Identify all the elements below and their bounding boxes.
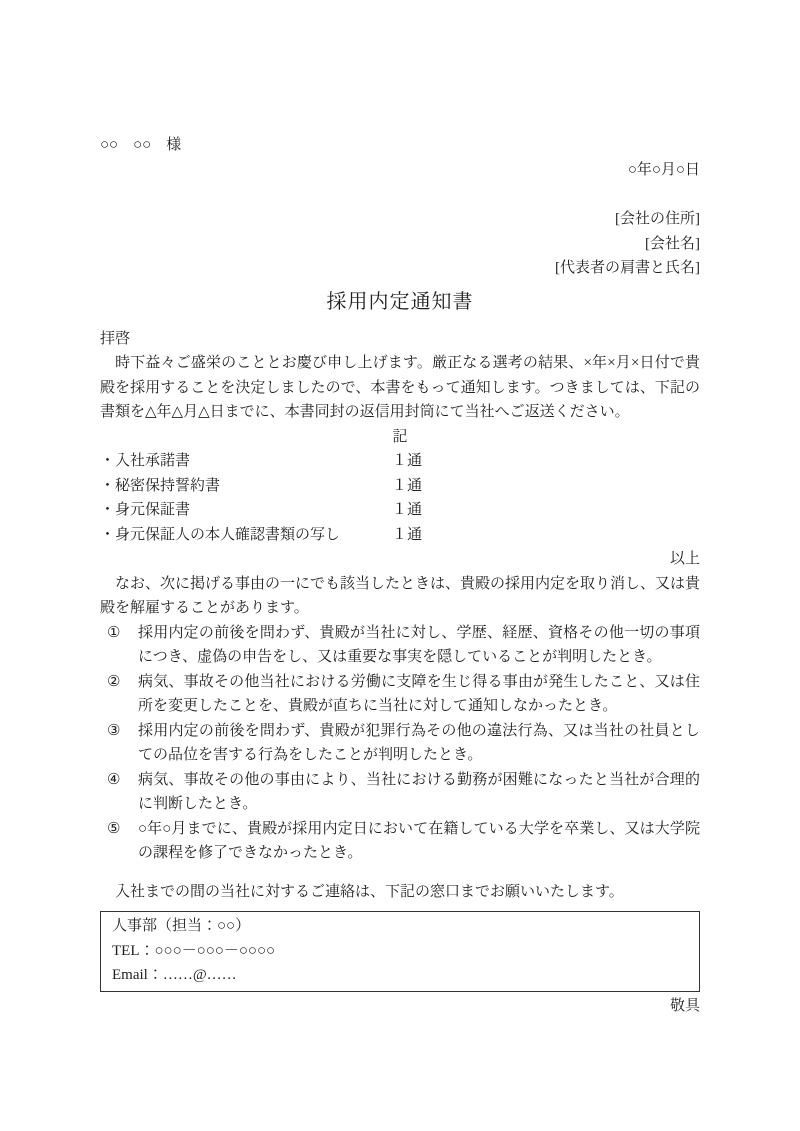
contact-department: 人事部（担当：○○） — [112, 914, 688, 939]
document-row-count: １通 — [392, 474, 422, 499]
signoff: 敬具 — [100, 994, 700, 1019]
sender-representative: [代表者の肩書と氏名] — [100, 256, 700, 281]
contact-email: Email：……@…… — [112, 963, 688, 988]
document-page: ○○ ○○ 様 ○年○月○日 [会社の住所] [会社名] [代表者の肩書と氏名]… — [0, 0, 800, 1131]
sender-address: [会社の住所] — [100, 207, 700, 232]
conditions-list: ① 採用内定の前後を問わず、貴殿が当社に対し、学歴、経歴、資格その他一切の事項に… — [100, 621, 700, 866]
document-row: ・入社承諾書 １通 — [100, 449, 700, 474]
condition-text: 病気、事故その他の事由により、当社における勤務が困難になったと当社が合理的に判断… — [138, 768, 700, 817]
list-closing: 以上 — [100, 547, 700, 572]
condition-item: ③ 採用内定の前後を問わず、貴殿が犯罪行為その他の違法行為、又は当社の社員として… — [100, 719, 700, 768]
condition-text: 病気、事故その他当社における労働に支障を生じ得る事由が発生したこと、又は住所を変… — [138, 670, 700, 719]
document-row-name: ・身元保証書 — [100, 498, 392, 523]
condition-number: ② — [100, 670, 138, 695]
condition-text: 採用内定の前後を問わず、貴殿が当社に対し、学歴、経歴、資格その他一切の事項につき… — [138, 621, 700, 670]
intro-paragraph: 時下益々ご盛栄のこととお慶び申し上げます。厳正なる選考の結果、×年×月×日付で貴… — [100, 351, 700, 425]
condition-number: ① — [100, 621, 138, 646]
document-row-count: １通 — [392, 498, 422, 523]
condition-number: ④ — [100, 768, 138, 793]
condition-number: ③ — [100, 719, 138, 744]
condition-item: ⑤ ○年○月までに、貴殿が採用内定日において在籍している大学を卒業し、又は大学院… — [100, 817, 700, 866]
sender-block: [会社の住所] [会社名] [代表者の肩書と氏名] — [100, 207, 700, 281]
document-date: ○年○月○日 — [100, 158, 700, 183]
document-row: ・身元保証書 １通 — [100, 498, 700, 523]
salutation: 拝啓 — [100, 327, 700, 352]
document-row-name: ・身元保証人の本人確認書類の写し — [100, 523, 392, 548]
condition-item: ② 病気、事故その他当社における労働に支障を生じ得る事由が発生したこと、又は住所… — [100, 670, 700, 719]
document-title: 採用内定通知書 — [100, 289, 700, 315]
condition-text: 採用内定の前後を問わず、貴殿が犯罪行為その他の違法行為、又は当社の社員としての品… — [138, 719, 700, 768]
document-row-name: ・秘密保持誓約書 — [100, 474, 392, 499]
condition-item: ④ 病気、事故その他の事由により、当社における勤務が困難になったと当社が合理的に… — [100, 768, 700, 817]
recipient-name: ○○ ○○ 様 — [100, 133, 700, 158]
sender-company: [会社名] — [100, 232, 700, 257]
contact-intro: 入社までの間の当社に対するご連絡は、下記の窓口までお願いいたします。 — [100, 880, 700, 905]
document-list: ・入社承諾書 １通 ・秘密保持誓約書 １通 ・身元保証書 １通 ・身元保証人の本… — [100, 449, 700, 547]
list-heading: 記 — [100, 425, 700, 450]
condition-item: ① 採用内定の前後を問わず、貴殿が当社に対し、学歴、経歴、資格その他一切の事項に… — [100, 621, 700, 670]
document-row-name: ・入社承諾書 — [100, 449, 392, 474]
condition-text: ○年○月までに、貴殿が採用内定日において在籍している大学を卒業し、又は大学院の課… — [138, 817, 700, 866]
document-row-count: １通 — [392, 449, 422, 474]
contact-box: 人事部（担当：○○） TEL：○○○－○○○－○○○○ Email：……@…… — [100, 911, 700, 992]
document-row: ・秘密保持誓約書 １通 — [100, 474, 700, 499]
contact-tel: TEL：○○○－○○○－○○○○ — [112, 939, 688, 964]
document-row: ・身元保証人の本人確認書類の写し １通 — [100, 523, 700, 548]
document-row-count: １通 — [392, 523, 422, 548]
condition-number: ⑤ — [100, 817, 138, 842]
conditions-intro: なお、次に掲げる事由の一にでも該当したときは、貴殿の採用内定を取り消し、又は貴殿… — [100, 572, 700, 621]
